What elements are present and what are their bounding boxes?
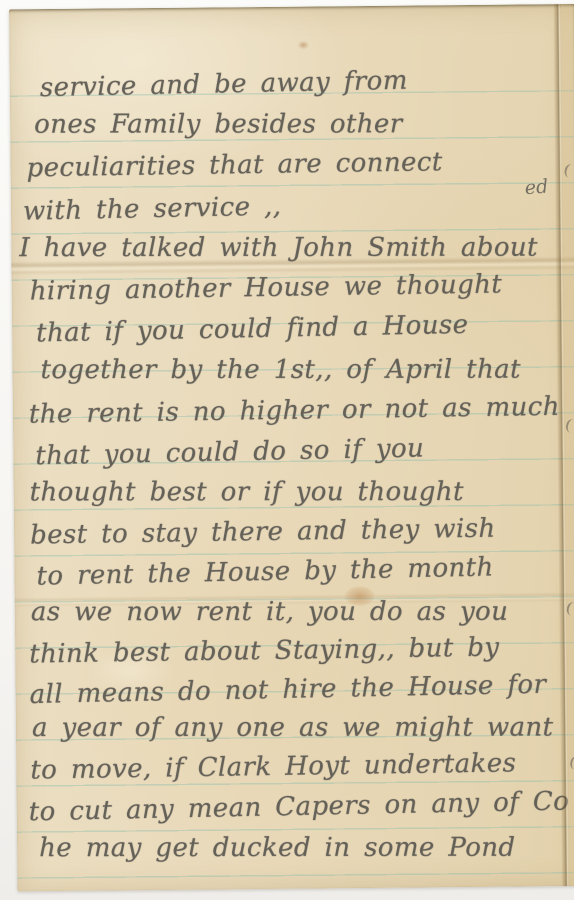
- handwritten-line: peculiarities that are connect: [26, 147, 442, 183]
- handwritten-line: ones Family besides other: [34, 109, 402, 139]
- handwritten-line: he may get ducked in some Pond: [39, 833, 515, 863]
- handwritten-line: I have talked with John Smith about: [19, 233, 538, 263]
- handwritten-line: with the service ,,: [23, 191, 282, 226]
- handwritten-line: together by the 1st,, of April that: [40, 355, 520, 385]
- handwritten-line: thought best or if you thought: [30, 477, 464, 507]
- letter-page: service and be away from ones Family bes…: [9, 4, 574, 891]
- scanned-letter-image: service and be away from ones Family bes…: [0, 0, 574, 900]
- inserted-word-ed: ed: [524, 175, 549, 199]
- page-edge-mark: [565, 601, 574, 617]
- handwritten-line: as we now rent it, you do as you: [31, 597, 508, 627]
- rust-stain: [297, 41, 309, 50]
- handwritten-line: a year of any one as we might want: [32, 713, 553, 743]
- page-edge-mark: [569, 755, 574, 771]
- page-edge-mark: [565, 418, 574, 434]
- page-edge-mark: [563, 163, 574, 179]
